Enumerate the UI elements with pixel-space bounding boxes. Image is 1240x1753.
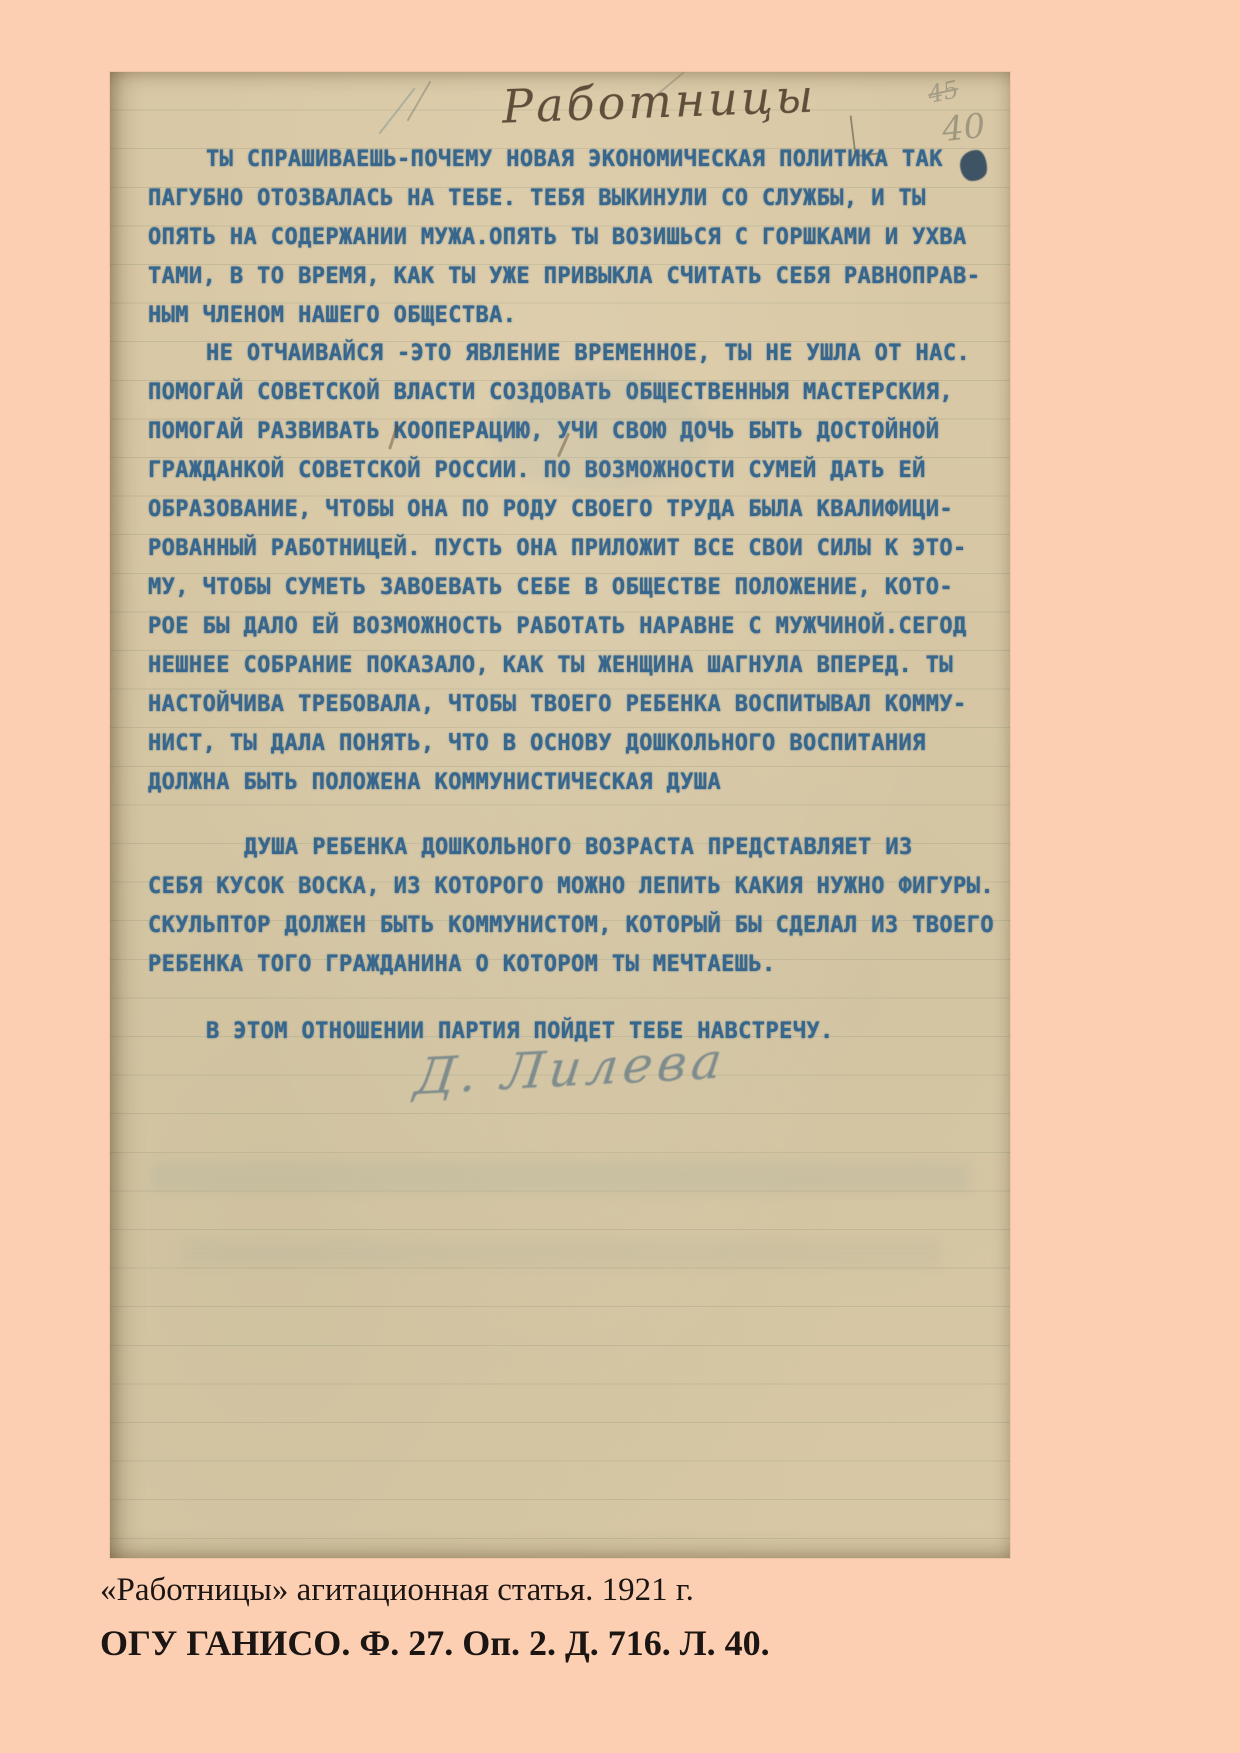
crossed-out-page-number: 45 (925, 75, 961, 109)
pencil-scratch (407, 81, 432, 122)
typed-line: СКУЛЬПТОР ДОЛЖЕН БЫТЬ КОММУНИСТОМ, КОТОР… (148, 906, 1010, 945)
typed-line: ТЫ СПРАШИВАЕШЬ-ПОЧЕМУ НОВАЯ ЭКОНОМИЧЕСКА… (148, 140, 1010, 179)
caption-title: «Работницы» агитационная статья. 1921 г. (100, 1572, 1140, 1609)
typed-line: НЕШНЕЕ СОБРАНИЕ ПОКАЗАЛО, КАК ТЫ ЖЕНЩИНА… (148, 646, 1010, 685)
typed-paragraph: ДУША РЕБЕНКА ДОШКОЛЬНОГО ВОЗРАСТА ПРЕДСТ… (148, 828, 1010, 984)
typed-paragraph: ТЫ СПРАШИВАЕШЬ-ПОЧЕМУ НОВАЯ ЭКОНОМИЧЕСКА… (148, 140, 1010, 335)
typed-line: НЕ ОТЧАИВАЙСЯ -ЭТО ЯВЛЕНИЕ ВРЕМЕННОЕ, ТЫ… (148, 334, 1010, 373)
typed-line: ОБРАЗОВАНИЕ, ЧТОБЫ ОНА ПО РОДУ СВОЕГО ТР… (148, 490, 1010, 529)
document-scan: Работницы 45 40 ТЫ СПРАШИВАЕШЬ-ПОЧЕМУ НО… (110, 72, 1010, 1558)
typed-line: СЕБЯ КУСОК ВОСКА, ИЗ КОТОРОГО МОЖНО ЛЕПИ… (148, 867, 1010, 906)
signature-handwriting: Д. Лилева (412, 1036, 729, 1103)
ink-smudge (150, 1162, 970, 1192)
typed-line: МУ, ЧТОБЫ СУМЕТЬ ЗАВОЕВАТЬ СЕБЕ В ОБЩЕСТ… (148, 568, 1010, 607)
ink-smudge (180, 1240, 940, 1266)
typed-line: НЫМ ЧЛЕНОМ НАШЕГО ОБЩЕСТВА. (148, 296, 1010, 335)
ink-smudge (490, 372, 710, 492)
typed-line: НИСТ, ТЫ ДАЛА ПОНЯТЬ, ЧТО В ОСНОВУ ДОШКО… (148, 724, 1010, 763)
typed-line: НАСТОЙЧИВА ТРЕБОВАЛА, ЧТОБЫ ТВОЕГО РЕБЕН… (148, 685, 1010, 724)
typed-line: ПАГУБНО ОТОЗВАЛАСЬ НА ТЕБЕ. ТЕБЯ ВЫКИНУЛ… (148, 179, 1010, 218)
pencil-scratch (378, 88, 415, 135)
typed-line: РОВАННЫЙ РАБОТНИЦЕЙ. ПУСТЬ ОНА ПРИЛОЖИТ … (148, 529, 1010, 568)
caption: «Работницы» агитационная статья. 1921 г.… (100, 1572, 1140, 1664)
page-background: Работницы 45 40 ТЫ СПРАШИВАЕШЬ-ПОЧЕМУ НО… (0, 0, 1240, 1753)
typed-line: ДУША РЕБЕНКА ДОШКОЛЬНОГО ВОЗРАСТА ПРЕДСТ… (148, 828, 1010, 867)
typed-line: РЕБЕНКА ТОГО ГРАЖДАНИНА О КОТОРОМ ТЫ МЕЧ… (148, 945, 1010, 984)
typed-line: ОПЯТЬ НА СОДЕРЖАНИИ МУЖА.ОПЯТЬ ТЫ ВОЗИШЬ… (148, 218, 1010, 257)
caption-archive-reference: ОГУ ГАНИСО. Ф. 27. Оп. 2. Д. 716. Л. 40. (100, 1622, 1140, 1664)
typed-line: ДОЛЖНА БЫТЬ ПОЛОЖЕНА КОММУНИСТИЧЕСКАЯ ДУ… (148, 763, 1010, 802)
typed-line: РОЕ БЫ ДАЛО ЕЙ ВОЗМОЖНОСТЬ РАБОТАТЬ НАРА… (148, 607, 1010, 646)
typed-line: ТАМИ, В ТО ВРЕМЯ, КАК ТЫ УЖЕ ПРИВЫКЛА СЧ… (148, 257, 1010, 296)
